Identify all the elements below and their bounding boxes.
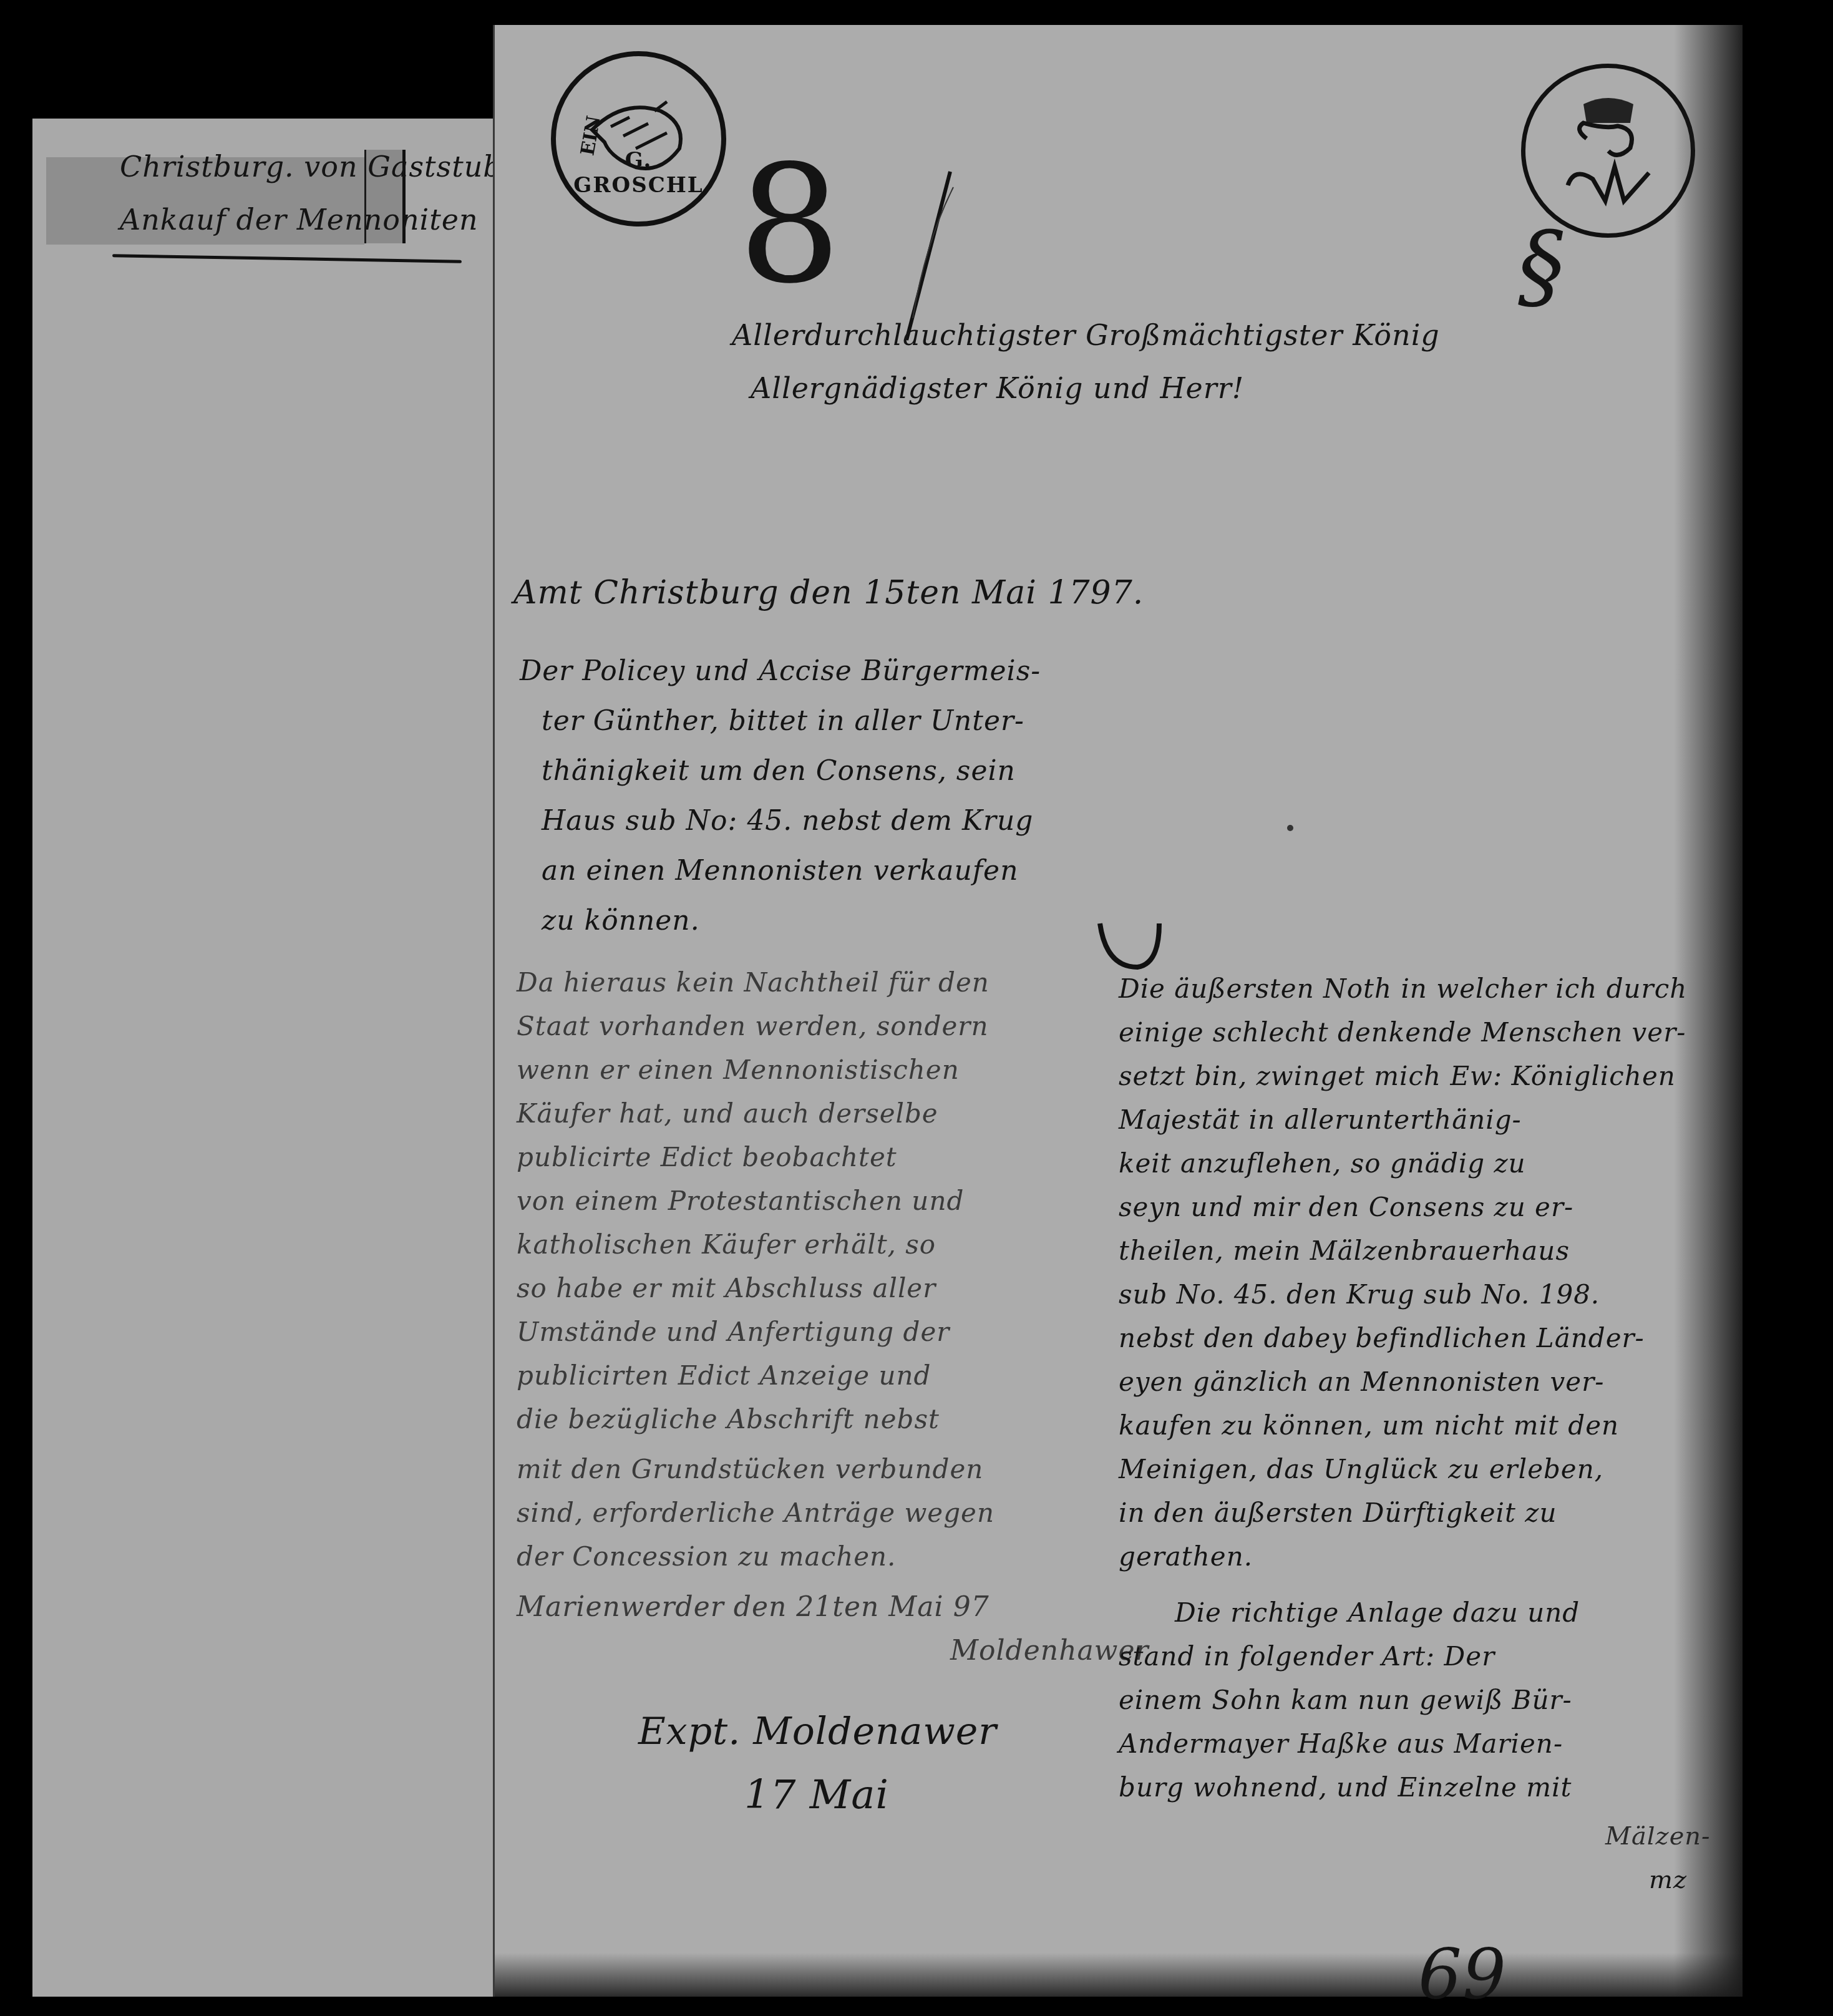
flourish-left: 8 — [738, 131, 842, 319]
cover-note-line1: Christburg. von Gaststube — [120, 150, 520, 183]
resolution-line: mit den Grundstücken verbunden — [517, 1454, 983, 1484]
body-line: sub No. 45. den Krug sub No. 198. — [1119, 1279, 1600, 1310]
tax-stamp-text: G. GROSCHL — [556, 148, 721, 198]
resolution-line: katholischen Käufer erhält, so — [517, 1229, 936, 1260]
resolution-line: der Concession zu machen. — [517, 1541, 896, 1572]
body-line: gerathen. — [1119, 1541, 1253, 1572]
resolution-place-date: Marienwerder den 21ten Mai 97 — [517, 1591, 989, 1623]
body-line: einem Sohn kam nun gewiß Bür- — [1119, 1685, 1572, 1715]
header-line: an einen Mennonisten verkaufen — [542, 855, 1019, 887]
body-line: Die äußersten Noth in welcher ich durch — [1119, 973, 1687, 1004]
salutation-line1: Allerdurchlauchtigster Großmächtigster K… — [732, 318, 1440, 352]
flourish-right: § — [1518, 212, 1565, 321]
header-line: thänigkeit um den Consens, sein — [542, 755, 1016, 787]
left-cover-page: Christburg. von Gaststube Ankauf der Men… — [32, 119, 493, 1997]
ink-spot — [1287, 825, 1293, 831]
body-line: burg wohnend, und Einzelne mit — [1119, 1772, 1572, 1803]
body-line: stand in folgender Art: Der — [1119, 1641, 1495, 1672]
resolution-line: publicirte Edict beobachtet — [517, 1142, 897, 1172]
resolution-line: die bezügliche Abschrift nebst — [517, 1404, 940, 1434]
catchword: Mälzen- — [1605, 1822, 1711, 1851]
tax-stamp: EIN G. GROSCHL — [551, 51, 726, 226]
body-line: kaufen zu können, um nicht mit den — [1119, 1410, 1619, 1441]
receipt-note-line2: 17 Mai — [744, 1772, 889, 1818]
header-line: Der Policey und Accise Bürgermeis- — [520, 655, 1041, 687]
body-line: nebst den dabey befindlichen Länder- — [1119, 1323, 1645, 1353]
page-bottom-edge — [495, 1953, 1743, 1997]
date-line: Amt Christburg den 15ten Mai 1797. — [513, 574, 1144, 611]
cover-note-underline — [112, 254, 462, 263]
resolution-line: sind, erforderliche Anträge wegen — [517, 1497, 994, 1528]
resolution-line: wenn er einen Mennonistischen — [517, 1054, 960, 1085]
resolution-line: so habe er mit Abschluss aller — [517, 1273, 936, 1303]
petition-page: EIN G. GROSCHL FW 8 § Allerdurchlauchtig… — [493, 25, 1743, 1997]
cover-note-line2: Ankauf der Mennoniten — [120, 203, 479, 236]
header-line: Haus sub No: 45. nebst dem Krug — [542, 805, 1033, 837]
body-line: setzt bin, zwinget mich Ew: Königlichen — [1119, 1061, 1676, 1091]
body-line: Die richtige Anlage dazu und — [1175, 1597, 1580, 1628]
body-line: einige schlecht denkende Menschen ver- — [1119, 1017, 1686, 1048]
body-line: in den äußersten Dürftigkeit zu — [1119, 1497, 1557, 1528]
body-line: seyn und mir den Consens zu er- — [1119, 1192, 1573, 1222]
resolution-line: Umstände und Anfertigung der — [517, 1317, 950, 1347]
resolution-line: Da hieraus kein Nachtheil für den — [517, 967, 989, 998]
body-line: theilen, mein Mälzenbrauerhaus — [1119, 1235, 1570, 1266]
body-line: Meinigen, das Unglück zu erleben, — [1119, 1454, 1603, 1484]
flourish-stroke — [900, 168, 956, 343]
body-line: Andermayer Haßke aus Marien- — [1119, 1728, 1563, 1759]
header-line: ter Günther, bittet in aller Unter- — [542, 705, 1024, 737]
resolution-line: publicirten Edict Anzeige und — [517, 1360, 931, 1391]
resolution-line: Käufer hat, und auch derselbe — [517, 1098, 938, 1129]
salutation-line2: Allergnädigster König und Herr! — [751, 371, 1244, 405]
resolution-line: Staat vorhanden werden, sondern — [517, 1011, 988, 1041]
resolution-line: von einem Protestantischen und — [517, 1186, 964, 1216]
crown-monogram-icon — [1555, 92, 1661, 210]
body-line: keit anzuflehen, so gnädig zu — [1119, 1148, 1526, 1179]
body-line: Majestät in allerunterthänig- — [1119, 1104, 1522, 1135]
signature-fragment: mz — [1649, 1866, 1687, 1894]
body-line: eyen gänzlich an Mennonisten ver- — [1119, 1366, 1604, 1397]
receipt-note-line1: Expt. Moldenawer — [638, 1710, 997, 1753]
header-line: zu können. — [542, 905, 700, 937]
